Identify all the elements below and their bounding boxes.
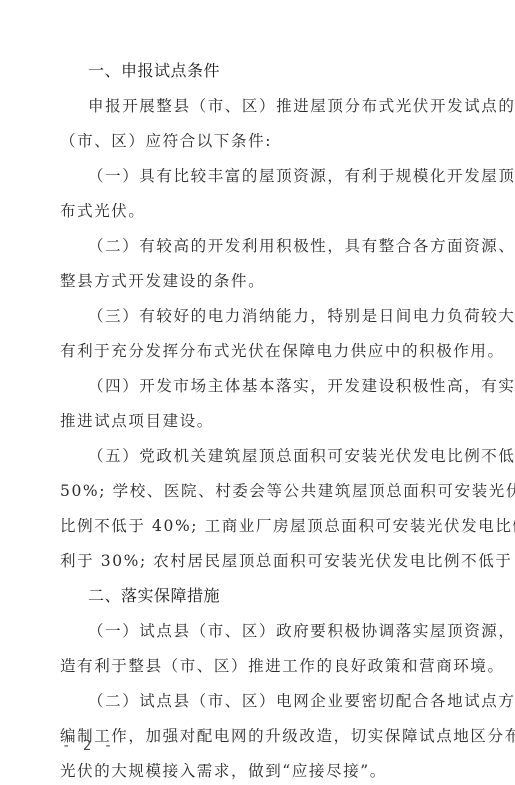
paragraph-line: 利于 30%; 农村居民屋顶总面积可安装光伏发电比例不低于 20%。 [60, 551, 484, 571]
paragraph-line: 整县方式开发建设的条件。 [60, 271, 484, 291]
paragraph-line: 比例不低于 40%; 工商业厂房屋顶总面积可安装光伏发电比例不 [60, 516, 484, 536]
paragraph-line: 申报开展整县（市、区）推进屋顶分布式光伏开发试点的县 [88, 96, 484, 116]
paragraph-line: 造有利于整县（市、区）推进工作的良好政策和营商环境。 [60, 656, 484, 676]
page-number: - 2 - [62, 738, 114, 754]
paragraph-line: （一）试点县（市、区）政府要积极协调落实屋顶资源，营 [88, 621, 484, 641]
paragraph-line: （四）开发市场主体基本落实，开发建设积极性高，有实力 [88, 376, 484, 396]
paragraph-line: （五）党政机关建筑屋顶总面积可安装光伏发电比例不低于 [88, 446, 484, 466]
paragraph-line: 50%; 学校、医院、村委会等公共建筑屋顶总面积可安装光伏发电 [60, 481, 484, 501]
paragraph-line: 光伏的大规模接入需求，做到“应接尽接”。 [60, 761, 484, 781]
paragraph-line: （市、区）应符合以下条件: [60, 131, 484, 151]
paragraph-line: 布式光伏。 [60, 201, 484, 221]
paragraph-line: 编制工作，加强对配电网的升级改造，切实保障试点地区分布式 [60, 726, 484, 746]
paragraph-line: （二）试点县（市、区）电网企业要密切配合各地试点方案 [88, 691, 484, 711]
paragraph-line: 有利于充分发挥分布式光伏在保障电力供应中的积极作用。 [60, 341, 484, 361]
paragraph-line: （二）有较高的开发利用积极性，具有整合各方面资源、以 [88, 236, 484, 256]
paragraph-line: 推进试点项目建设。 [60, 411, 484, 431]
paragraph-line: （一）具有比较丰富的屋顶资源，有利于规模化开发屋顶分 [88, 166, 484, 186]
paragraph-line: （三）有较好的电力消纳能力，特别是日间电力负荷较大， [88, 306, 484, 326]
document-page: 一、申报试点条件 申报开展整县（市、区）推进屋顶分布式光伏开发试点的县 （市、区… [0, 0, 515, 785]
section-heading-1: 一、申报试点条件 [88, 61, 484, 81]
section-heading-2: 二、落实保障措施 [88, 586, 484, 606]
